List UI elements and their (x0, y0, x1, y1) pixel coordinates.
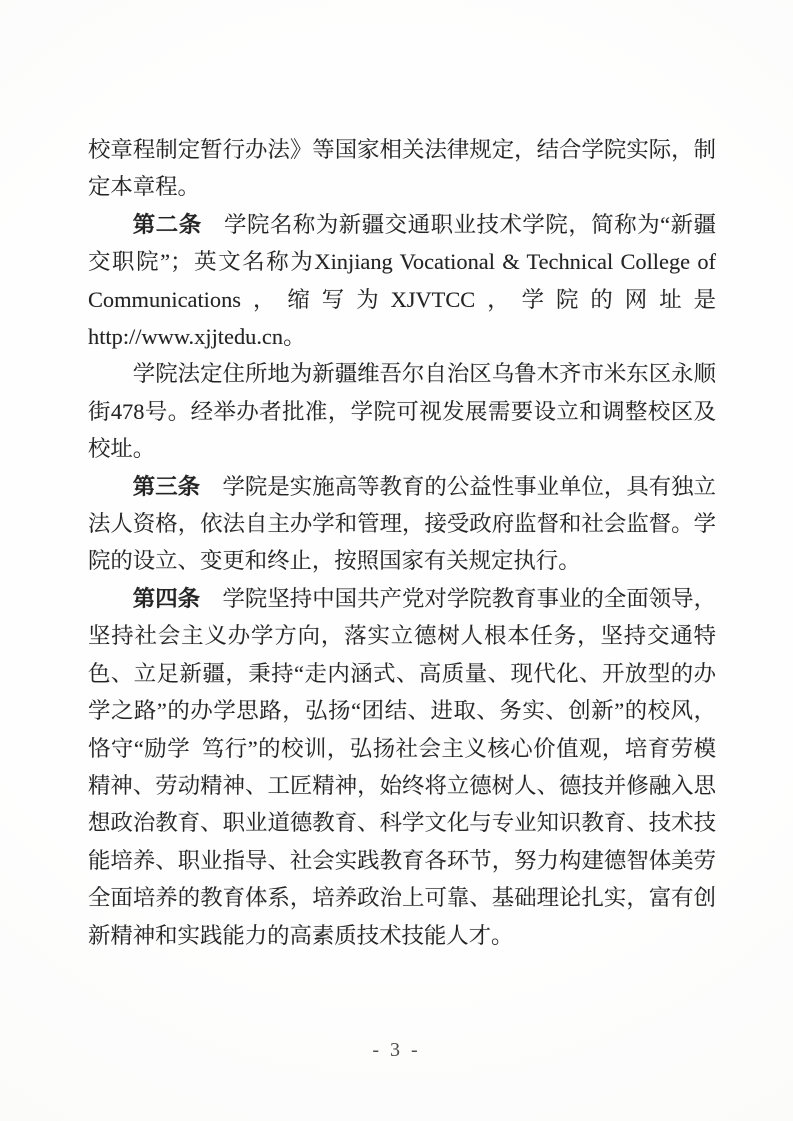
article-label: 第四条 (133, 586, 200, 611)
paragraph-text: 学院坚持中国共产党对学院教育事业的全面领导，坚持社会主义办学方向，落实立德树人根… (88, 586, 716, 948)
document-body: 校章程制定暂行办法》等国家相关法律规定，结合学院实际，制定本章程。 第二条学院名… (88, 131, 716, 954)
page-footer: - 3 - (0, 1038, 793, 1062)
paragraph-text: 校章程制定暂行办法》等国家相关法律规定，结合学院实际，制定本章程。 (88, 137, 716, 199)
document-page: 校章程制定暂行办法》等国家相关法律规定，结合学院实际，制定本章程。 第二条学院名… (0, 0, 793, 1121)
paragraph-continuation: 校章程制定暂行办法》等国家相关法律规定，结合学院实际，制定本章程。 (88, 131, 716, 206)
paragraph-address: 学院法定住所地为新疆维吾尔自治区乌鲁木齐市米东区永顺街478号。经举办者批准，学… (88, 355, 716, 467)
paragraph-text: 学院法定住所地为新疆维吾尔自治区乌鲁木齐市米东区永顺街478号。经举办者批准，学… (88, 361, 716, 461)
article-label: 第三条 (133, 474, 200, 499)
paragraph-article-2: 第二条学院名称为新疆交通职业技术学院，简称为“新疆交职院”；英文名称为Xinji… (88, 206, 716, 356)
paragraph-article-4: 第四条学院坚持中国共产党对学院教育事业的全面领导，坚持社会主义办学方向，落实立德… (88, 580, 716, 954)
article-label: 第二条 (133, 212, 202, 237)
paragraph-article-3: 第三条学院是实施高等教育的公益性事业单位，具有独立法人资格，依法自主办学和管理，… (88, 468, 716, 580)
page-number: - 3 - (372, 1039, 420, 1061)
